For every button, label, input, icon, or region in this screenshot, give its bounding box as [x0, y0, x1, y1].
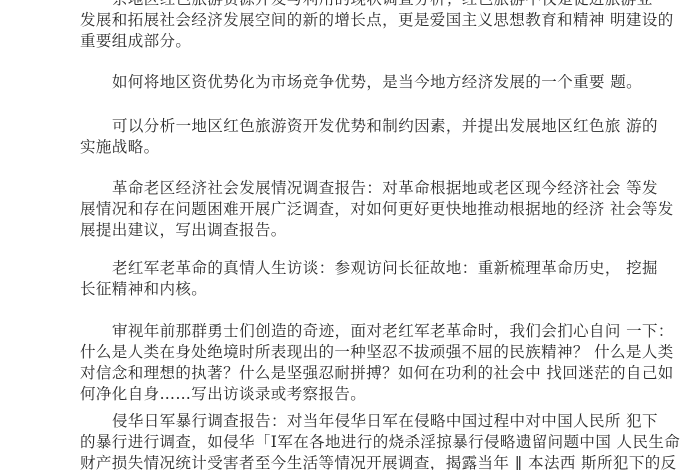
paragraph-5-line-1: 老红军老革命的真情人生访谈：参观访问长征故地：重新梳理革命历史， 挖掘: [112, 258, 625, 278]
paragraph-3-line-2: 实施战略。: [80, 137, 625, 157]
paragraph-6-line-4: 何净化自身……写出访谈录或考察报告。: [80, 384, 625, 404]
paragraph-2-line-1: 如何将地区资优势化为市场竞争优势，是当今地方经济发展的一个重要 题。: [112, 72, 625, 92]
document-page: 亲地区红色旅游资源开发与利用的现状调查分析；红色旅游不仅是促进旅游业 发展和拓展…: [0, 0, 700, 470]
paragraph-5-line-2: 长征精神和内核。: [80, 279, 625, 299]
paragraph-7-line-2: 的暴行进行调查，如侵华「I军在各地进行的烧杀淫掠暴行侵略遗留问题中国 人民生命: [80, 432, 625, 452]
paragraph-1-line-1: 亲地区红色旅游资源开发与利用的现状调查分析；红色旅游不仅是促进旅游业: [112, 0, 625, 9]
paragraph-3-line-1: 可以分析一地区红色旅游资开发优势和制约因素，并提出发展地区红色旅 游的: [112, 116, 625, 136]
paragraph-7-line-1: 侵华日军暴行调查报告：对当年侵华日军在侵略中国过程中对中国人民所 犯下: [112, 411, 625, 431]
paragraph-4-line-3: 展提出建议，写出调查报告。: [80, 220, 625, 240]
paragraph-7-line-3: 财产损失情况统计受害者至今生活等情况开展调查，揭露当年 ‖ 本法西 斯所犯下的反: [80, 453, 625, 470]
paragraph-1-line-3: 重要组成部分。: [80, 31, 625, 51]
paragraph-6-line-1: 审视年前那群勇士们创造的奇迹，面对老红军老革命时，我们会扪心自问 一下：: [112, 321, 625, 341]
paragraph-4-line-1: 革命老区经济社会发展情况调查报告：对革命根据地或老区现今经济社会 等发: [112, 178, 625, 198]
paragraph-6-line-2: 什么是人类在身处绝境时所表现出的一种坚忍不拔顽强不屈的民族精神？ 什么是人类: [80, 342, 625, 362]
paragraph-6-line-3: 对信念和理想的执著？什么是坚强忍耐拼搏？如何在功利的社会中 找回迷茫的自己如: [80, 363, 625, 383]
paragraph-4-line-2: 展情况和存在问题困难开展广泛调查，对如何更好更快地推动根据地的经济 社会等发: [80, 199, 625, 219]
paragraph-1-line-2: 发展和拓展社会经济发展空间的新的增长点，更是爱国主义思想教育和精神 明建设的: [80, 10, 625, 30]
